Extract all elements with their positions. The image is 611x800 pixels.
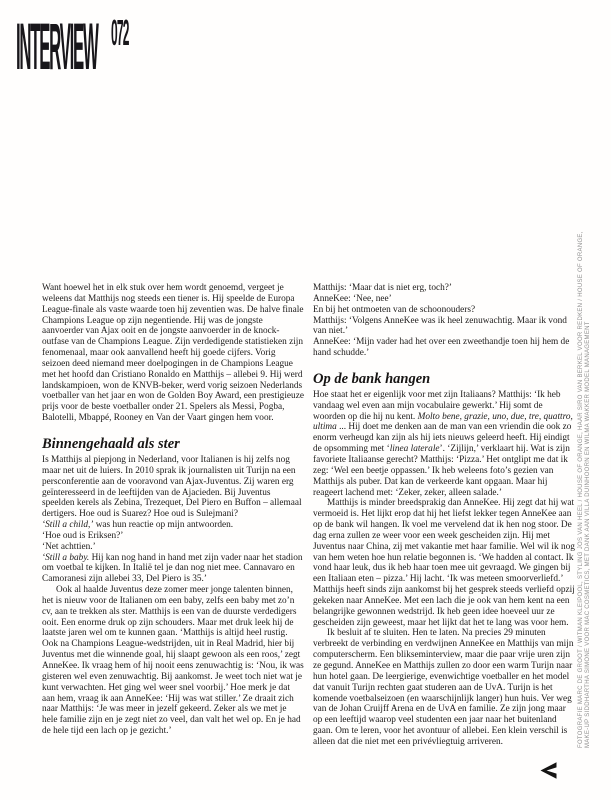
- dialogue-line: ‘Still a baby. Hij kan nog hand in hand …: [42, 553, 304, 586]
- text-run: Matthijs: ‘Maar dat is niet erg, toch?’: [313, 283, 452, 293]
- article-right-column: Matthijs: ‘Maar dat is niet erg, toch?’A…: [313, 283, 575, 748]
- body-paragraph: Ook al haalde Juventus deze zomer meer j…: [42, 585, 304, 737]
- italic-text-run: ‘Still a child,’: [42, 520, 93, 530]
- body-paragraph: Hoe staat het er eigenlijk voor met zijn…: [313, 390, 575, 498]
- text-run: Ook al haalde Juventus deze zomer meer j…: [42, 585, 304, 736]
- dialogue-line: Matthijs: ‘Volgens AnneKee was ik heel z…: [313, 316, 575, 338]
- photo-credits-line2: MAKE-UP SIDDHARTHA SIMONE VOOR MAC COSME…: [585, 231, 592, 748]
- article-left-column: Want hoewel het in elk stuk over hem wor…: [42, 283, 304, 737]
- text-run: ‘Hoe oud is Eriksen?’: [42, 531, 123, 541]
- dialogue-line: AnneKee: ‘Nee, nee’: [313, 294, 575, 305]
- dialogue-line: AnneKee: ‘Mijn vader had het over een zw…: [313, 337, 575, 359]
- body-paragraph: Ik besluit af te sluiten. Hen te laten. …: [313, 628, 575, 747]
- text-run: Ik besluit af te sluiten. Hen te laten. …: [313, 628, 574, 746]
- text-run: Matthijs: ‘Volgens AnneKee was ik heel z…: [313, 316, 567, 337]
- dialogue-line: En bij het ontmoeten van de schoonouders…: [313, 305, 575, 316]
- body-paragraph: Want hoewel het in elk stuk over hem wor…: [42, 283, 304, 424]
- section-heading: Binnengehaald als ster: [42, 437, 304, 452]
- body-paragraph: Is Matthijs al piepjong in Nederland, vo…: [42, 455, 304, 520]
- text-run: Want hoewel het in elk stuk over hem wor…: [42, 283, 304, 423]
- text-run: AnneKee: ‘Nee, nee’: [313, 294, 392, 304]
- text-run: ‘Net achttien.’: [42, 542, 96, 552]
- italic-text-run: linea laterale: [390, 444, 440, 454]
- text-run: Is Matthijs al piepjong in Nederland, vo…: [42, 455, 302, 519]
- dialogue-line: ‘Net achttien.’: [42, 542, 304, 553]
- text-run: Op de bank hangen: [313, 371, 430, 387]
- masthead-page-number: 072: [111, 16, 129, 52]
- text-run: Binnengehaald als ster: [42, 436, 180, 452]
- dialogue-line: ‘Still a child,’ was hun reactie op mijn…: [42, 520, 304, 531]
- dialogue-line: Matthijs: ‘Maar dat is niet erg, toch?’: [313, 283, 575, 294]
- photo-credits-line1: FOTOGRAFIE MARC DE GROOT / WITMAN KLEIPO…: [578, 231, 585, 748]
- dialogue-line: ‘Hoe oud is Eriksen?’: [42, 531, 304, 542]
- body-paragraph: Matthijs is minder breedsprakig dan Anne…: [313, 498, 575, 628]
- section-heading: Op de bank hangen: [313, 372, 575, 387]
- photo-credits: FOTOGRAFIE MARC DE GROOT / WITMAN KLEIPO…: [578, 231, 592, 748]
- text-run: En bij het ontmoeten van de schoonouders…: [313, 305, 475, 315]
- text-run: Matthijs is minder breedsprakig dan Anne…: [313, 498, 575, 627]
- text-run: was hun reactie op mijn antwoorden.: [93, 520, 233, 530]
- back-arrow-icon[interactable]: [537, 760, 558, 781]
- masthead-title: INTERVIEW: [16, 15, 98, 81]
- text-run: AnneKee: ‘Mijn vader had het over een zw…: [313, 337, 569, 358]
- italic-text-run: ‘Still a baby.: [42, 553, 89, 563]
- magazine-page: INTERVIEW 072 Want hoewel het in elk stu…: [0, 0, 611, 800]
